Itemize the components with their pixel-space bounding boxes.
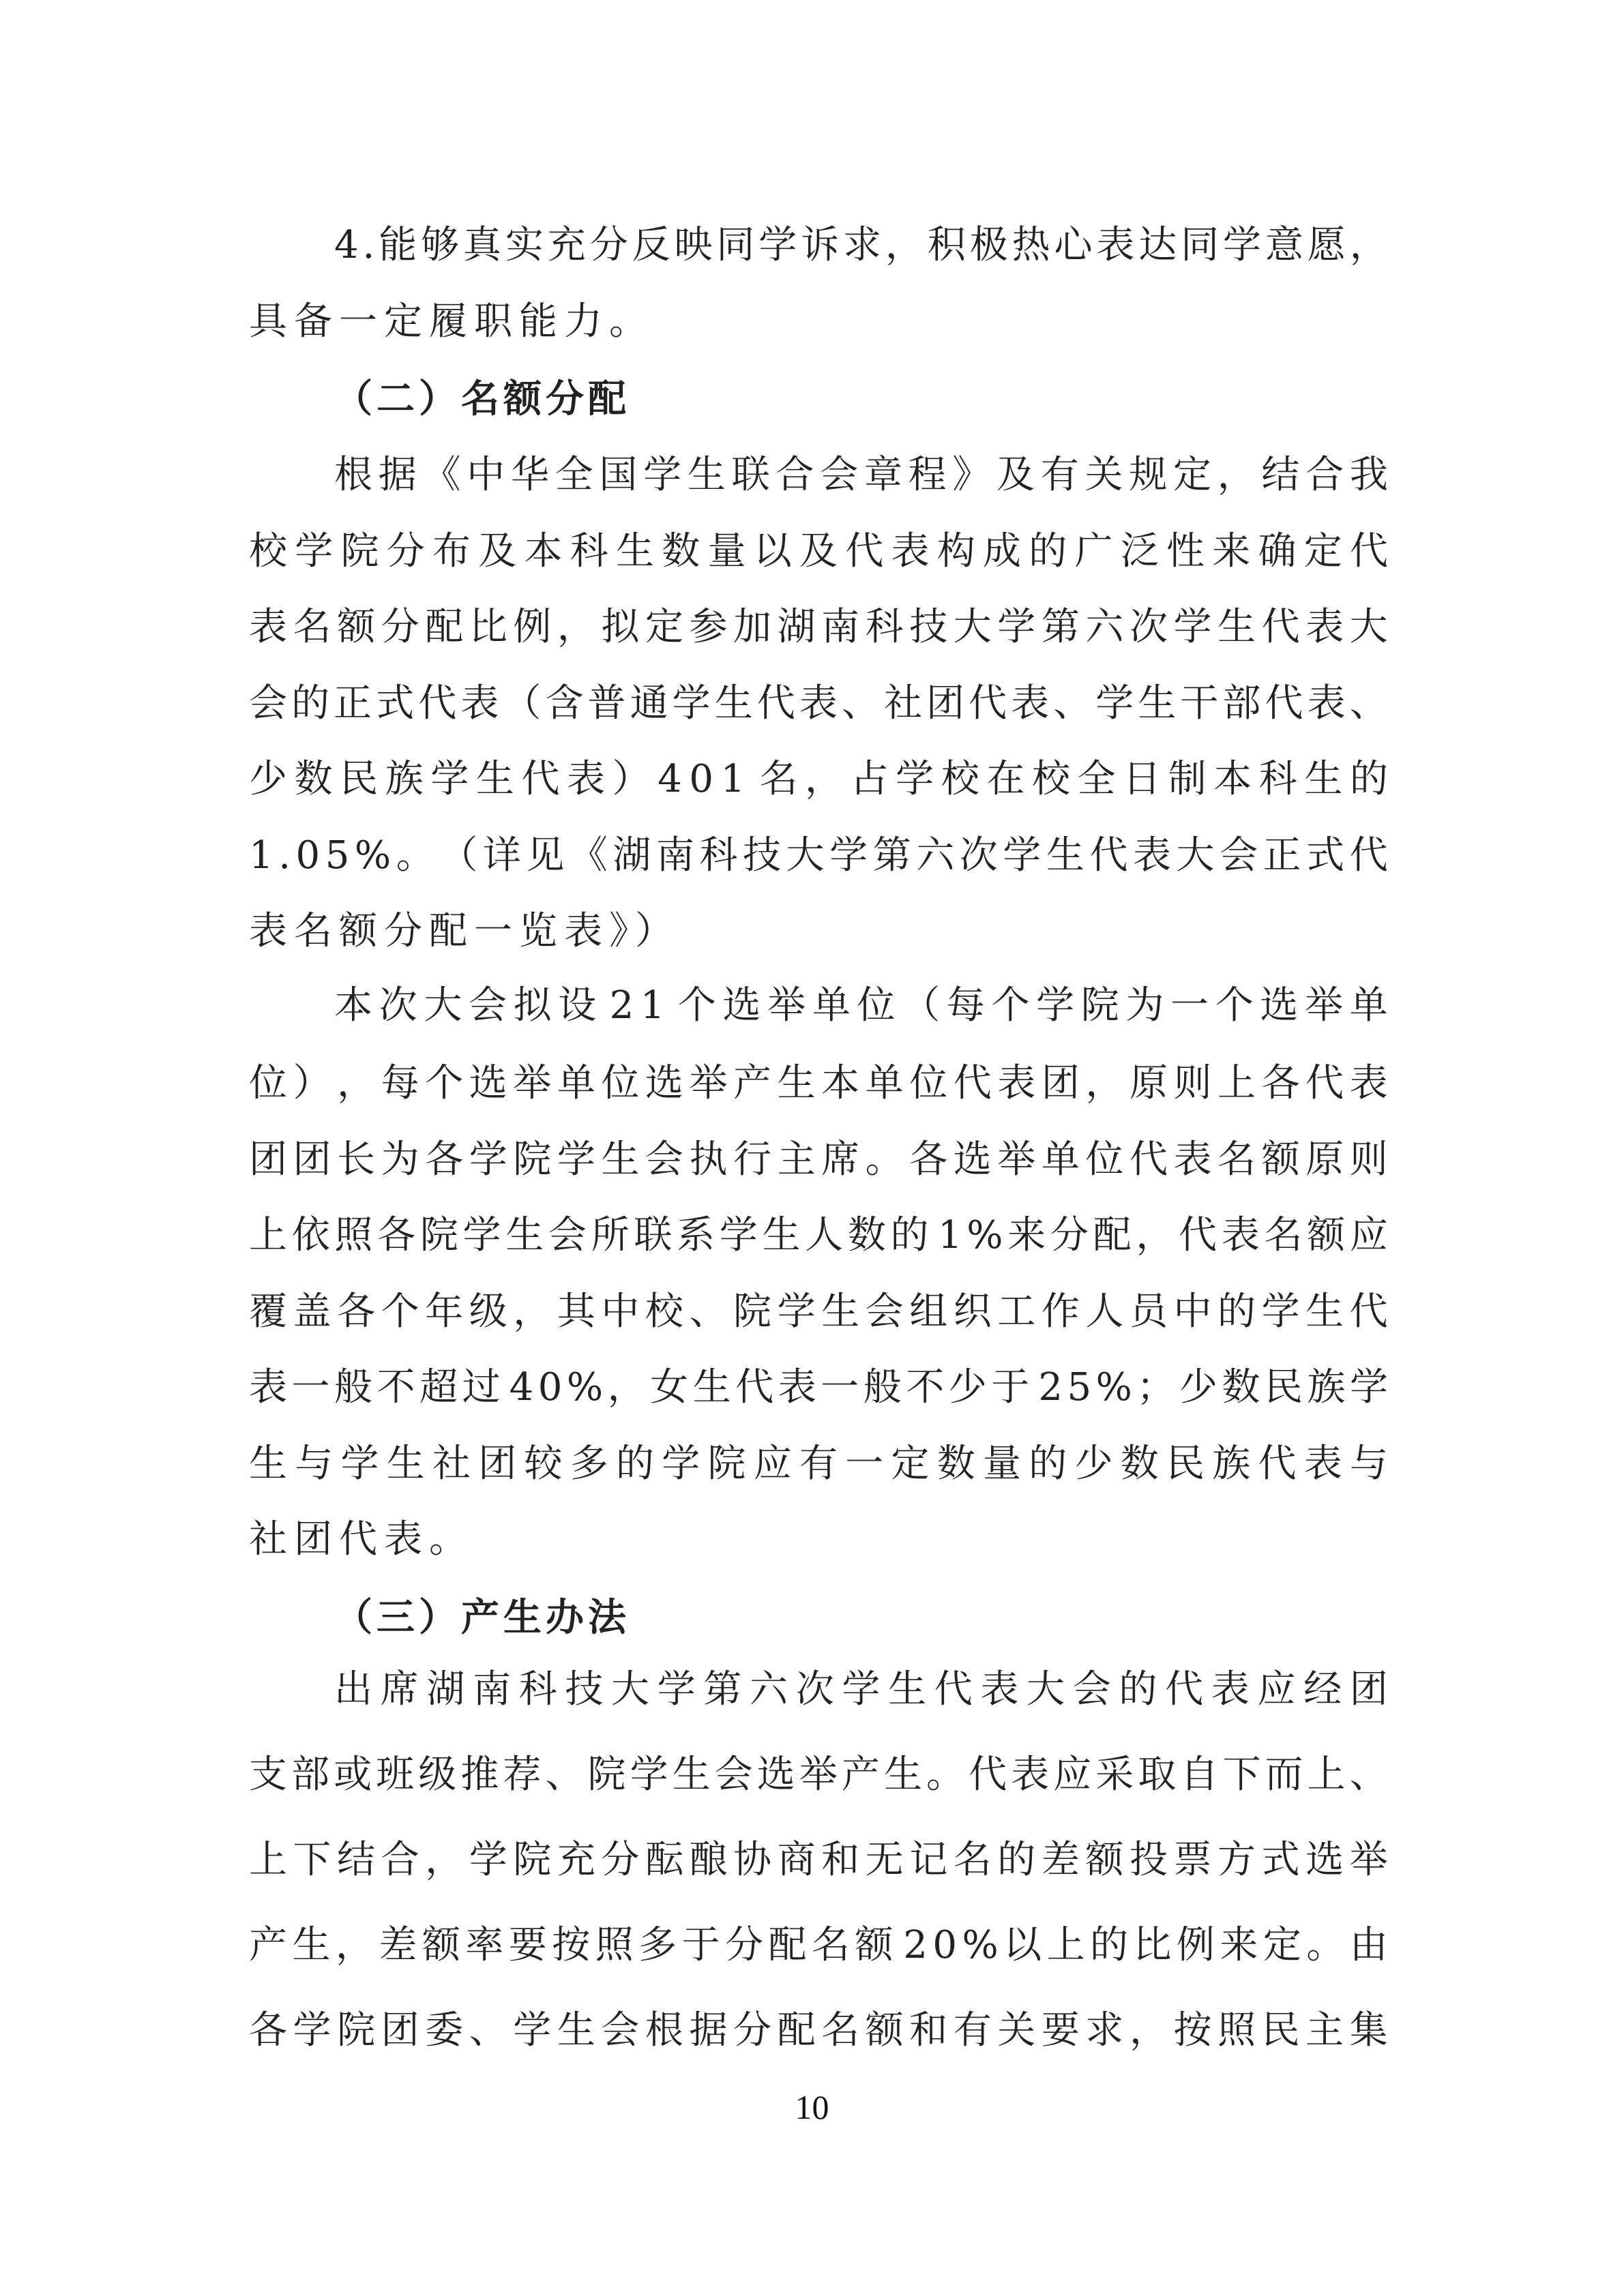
paragraph-line: 位），每个选举单位选举产生本单位代表团，原则上各代表 <box>249 1056 1388 1111</box>
paragraph-line: 表一般不超过 40%，女生代表一般不少于 25%；少数民族学 <box>249 1360 1388 1415</box>
paragraph-line: 会的正式代表（含普通学生代表、社团代表、学生干部代表、 <box>249 676 1388 731</box>
section-heading-quota-allocation: （二）名额分配 <box>334 372 630 426</box>
paragraph-line: 社团代表。 <box>249 1512 1388 1567</box>
paragraph-line: 上下结合，学院充分酝酿协商和无记名的差额投票方式选举 <box>249 1833 1388 1888</box>
document-page: 4.能够真实充分反映同学诉求，积极热心表达同学意愿， 具备一定履职能力。 （二）… <box>0 0 1624 2296</box>
paragraph-line: 支部或班级推荐、院学生会选举产生。代表应采取自下而上、 <box>249 1748 1388 1802</box>
page-number: 10 <box>0 2087 1624 2128</box>
paragraph-line: 表名额分配比例，拟定参加湖南科技大学第六次学生代表大 <box>249 600 1388 655</box>
paragraph-line: 校学院分布及本科生数量以及代表构成的广泛性来确定代 <box>249 524 1388 579</box>
paragraph-line: 少数民族学生代表）401 名，占学校在校全日制本科生的 <box>249 752 1388 807</box>
paragraph-line: 各学院团委、学生会根据分配名额和有关要求，按照民主集 <box>249 2003 1388 2058</box>
paragraph-line: 覆盖各个年级，其中校、院学生会组织工作人员中的学生代 <box>249 1285 1388 1339</box>
paragraph-line: 生与学生社团较多的学院应有一定数量的少数民族代表与 <box>249 1437 1388 1491</box>
paragraph-line: 本次大会拟设 21 个选举单位（每个学院为一个选举单 <box>334 979 1388 1033</box>
paragraph-line: 表名额分配一览表》） <box>249 904 1388 959</box>
paragraph-line: 具备一定履职能力。 <box>249 295 1388 349</box>
paragraph-line: 上依照各院学生会所联系学生人数的 1%来分配，代表名额应 <box>249 1208 1388 1263</box>
section-heading-selection-method: （三）产生办法 <box>334 1590 630 1645</box>
paragraph-line: 4.能够真实充分反映同学诉求，积极热心表达同学意愿， <box>334 218 1388 273</box>
paragraph-line: 根据《中华全国学生联合会章程》及有关规定，结合我 <box>334 448 1388 503</box>
paragraph-line: 出席湖南科技大学第六次学生代表大会的代表应经团 <box>334 1663 1388 1717</box>
paragraph-line: 产生，差额率要按照多于分配名额 20%以上的比例来定。由 <box>249 1918 1388 1973</box>
paragraph-line: 团团长为各学院学生会执行主席。各选举单位代表名额原则 <box>249 1133 1388 1187</box>
paragraph-line: 1.05%。（详见《湖南科技大学第六次学生代表大会正式代 <box>249 829 1388 883</box>
